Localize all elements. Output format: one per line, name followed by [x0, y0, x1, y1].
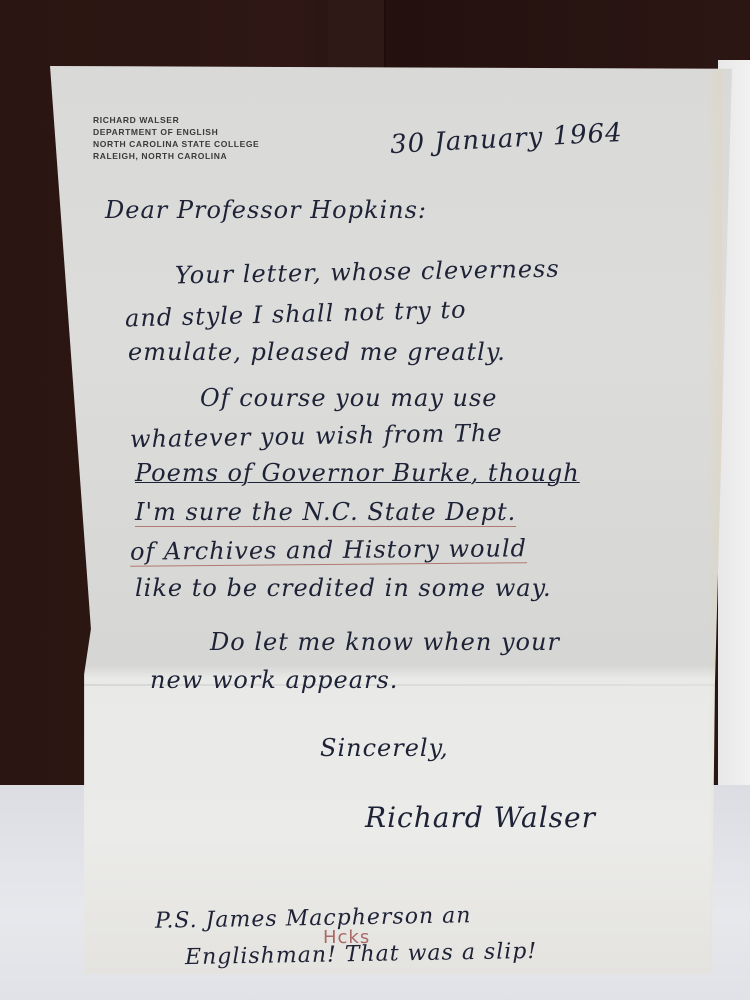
postscript-line: P.S. James Macpherson an	[155, 903, 472, 934]
salutation: Dear Professor Hopkins:	[105, 196, 427, 224]
body-line: new work appears.	[150, 666, 398, 694]
letter-sheet: RICHARD WALSER DEPARTMENT OF ENGLISH NOR…	[50, 66, 732, 974]
body-line: I'm sure the N.C. State Dept.	[135, 498, 516, 527]
closing: Sincerely,	[320, 734, 449, 762]
letterhead-location: RALEIGH, NORTH CAROLINA	[93, 150, 259, 162]
wood-panel-seam	[328, 0, 386, 70]
letterhead-department: DEPARTMENT OF ENGLISH	[93, 126, 259, 138]
signature: Richard Walser	[365, 801, 596, 834]
letterhead-institution: NORTH CAROLINA STATE COLLEGE	[93, 138, 259, 150]
body-line: Do let me know when your	[210, 628, 560, 656]
letterhead: RICHARD WALSER DEPARTMENT OF ENGLISH NOR…	[93, 114, 259, 162]
body-line-book-title: Poems of Governor Burke, though	[135, 459, 580, 487]
body-line: and style I shall not try to	[125, 296, 467, 333]
body-line: like to be credited in some way.	[135, 574, 552, 602]
body-line: Of course you may use	[200, 384, 497, 412]
body-line: of Archives and History would	[130, 534, 527, 566]
body-line: whatever you wish from The	[130, 419, 503, 453]
body-line: emulate, pleased me greatly.	[128, 338, 506, 366]
pencil-annotation: Hcks	[323, 927, 370, 948]
letterhead-name: RICHARD WALSER	[93, 114, 259, 126]
letter-date: 30 January 1964	[389, 118, 623, 160]
body-line: Your letter, whose cleverness	[175, 255, 560, 290]
